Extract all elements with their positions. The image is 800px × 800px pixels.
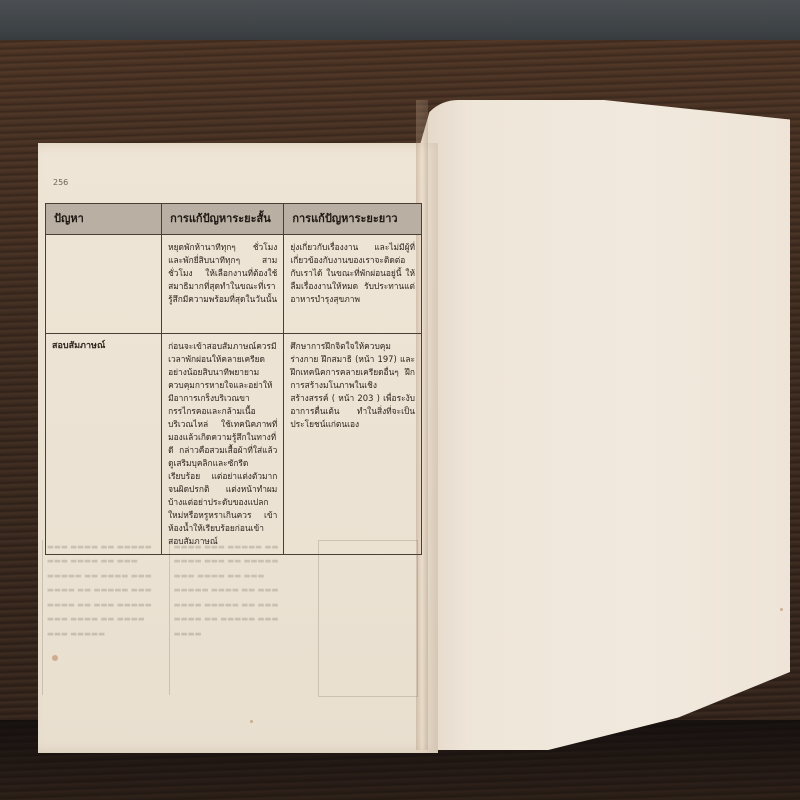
table-header-row: ปัญหา การแก้ปัญหาระยะสั้น การแก้ปัญหาระย…: [46, 204, 422, 235]
foxing-spot: [52, 655, 58, 661]
cell-problem: [46, 235, 162, 334]
table-row: สอบสัมภาษณ์ ก่อนจะเข้าสอบสัมภาษณ์ควรมีเว…: [46, 334, 422, 555]
cell-long-term: ศึกษาการฝึกจิตใจให้ควบคุมร่างกาย ฝึกสมาธ…: [284, 334, 422, 555]
page-number: 256: [53, 178, 68, 187]
cell-problem: สอบสัมภาษณ์: [46, 334, 162, 555]
cell-short-term: ก่อนจะเข้าสอบสัมภาษณ์ควรมีเวลาพักผ่อนให้…: [162, 334, 284, 555]
header-long-term: การแก้ปัญหาระยะยาว: [284, 204, 422, 235]
ghost-column: ▬▬▬ ▬▬▬▬ ▬▬ ▬▬▬▬▬ ▬▬▬ ▬▬▬▬ ▬▬ ▬▬▬ ▬▬▬▬▬ …: [42, 540, 161, 695]
table-row: หยุดพักห้านาทีทุกๆ ชั่วโมง และพักยี่สิบน…: [46, 235, 422, 334]
header-problem: ปัญหา: [46, 204, 162, 235]
header-short-term: การแก้ปัญหาระยะสั้น: [162, 204, 284, 235]
ghost-column: ▬▬▬▬ ▬▬▬ ▬▬▬▬▬ ▬▬ ▬▬▬▬ ▬▬▬ ▬▬ ▬▬▬▬▬ ▬▬▬ …: [169, 540, 288, 695]
cell-short-term: หยุดพักห้านาทีทุกๆ ชั่วโมง และพักยี่สิบน…: [162, 235, 284, 334]
foxing-spot: [250, 720, 253, 723]
cell-long-term: ยุ่งเกี่ยวกับเรื่องงาน และไม่มีผู้ที่เกี…: [284, 235, 422, 334]
right-page: [418, 100, 790, 750]
foxing-spot: [780, 608, 783, 611]
ghost-column: [296, 540, 402, 695]
background-wall: [0, 0, 800, 44]
show-through-text: ▬▬▬ ▬▬▬▬ ▬▬ ▬▬▬▬▬ ▬▬▬ ▬▬▬▬ ▬▬ ▬▬▬ ▬▬▬▬▬ …: [42, 540, 402, 695]
solutions-table: ปัญหา การแก้ปัญหาระยะสั้น การแก้ปัญหาระย…: [45, 203, 422, 555]
